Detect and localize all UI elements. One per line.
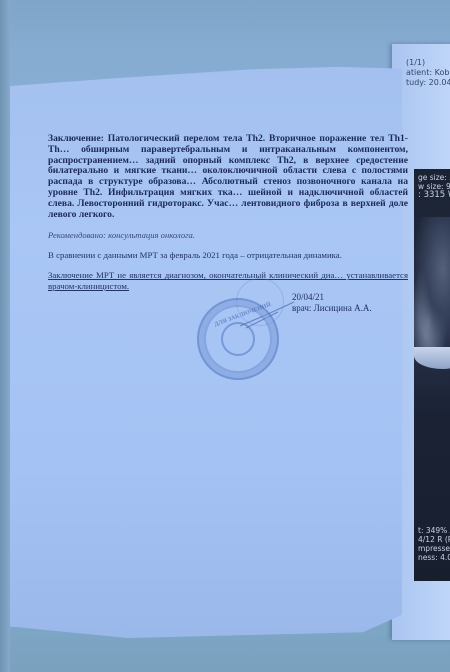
mri-tissue-region: [414, 217, 450, 347]
mri-window: : 3315 W: [418, 191, 450, 200]
mri-slice: 4/12 R (R: [418, 535, 450, 544]
report-body: Заключение: Патологический перелом тела …: [48, 134, 408, 291]
patient-label: atient: Kobe: [406, 68, 450, 78]
disclaimer-text: Заключение МРТ не является диагнозом, ок…: [48, 270, 408, 291]
doctor-name: врач: Лисицина А.А.: [292, 303, 372, 314]
background-edge: [0, 0, 10, 672]
signature-block: 20/04/21 врач: Лисицина А.А.: [292, 292, 372, 313]
mri-zoom: t: 349% A: [418, 526, 450, 535]
recommendation-text: Рекомендовано: консультация онколога.: [48, 230, 408, 241]
mri-thickness: ness: 4.00: [418, 553, 450, 562]
mri-image-size: ge size: 3: [418, 173, 450, 182]
mri-compression: mpressed: [418, 544, 450, 553]
page-counter: (1/1): [406, 58, 450, 68]
mri-bright-band: [414, 347, 450, 369]
mri-printout-header: (1/1) atient: Kobe tudy: 20.04.: [406, 58, 450, 88]
conclusion-paragraph: Заключение: Патологический перелом тела …: [48, 134, 408, 220]
clinic-stamp-icon: ДЛЯ ЗАКЛЮЧЕНИЙ: [197, 298, 279, 380]
mri-image: ge size: 3 w size: 97 : 3315 W t: 349% A…: [414, 169, 450, 581]
report-date: 20/04/21: [292, 292, 372, 303]
comparison-text: В сравнении с данными МРТ за февраль 202…: [48, 250, 408, 261]
stamp-emblem-icon: [221, 322, 255, 356]
study-date-label: tudy: 20.04.: [406, 78, 450, 88]
